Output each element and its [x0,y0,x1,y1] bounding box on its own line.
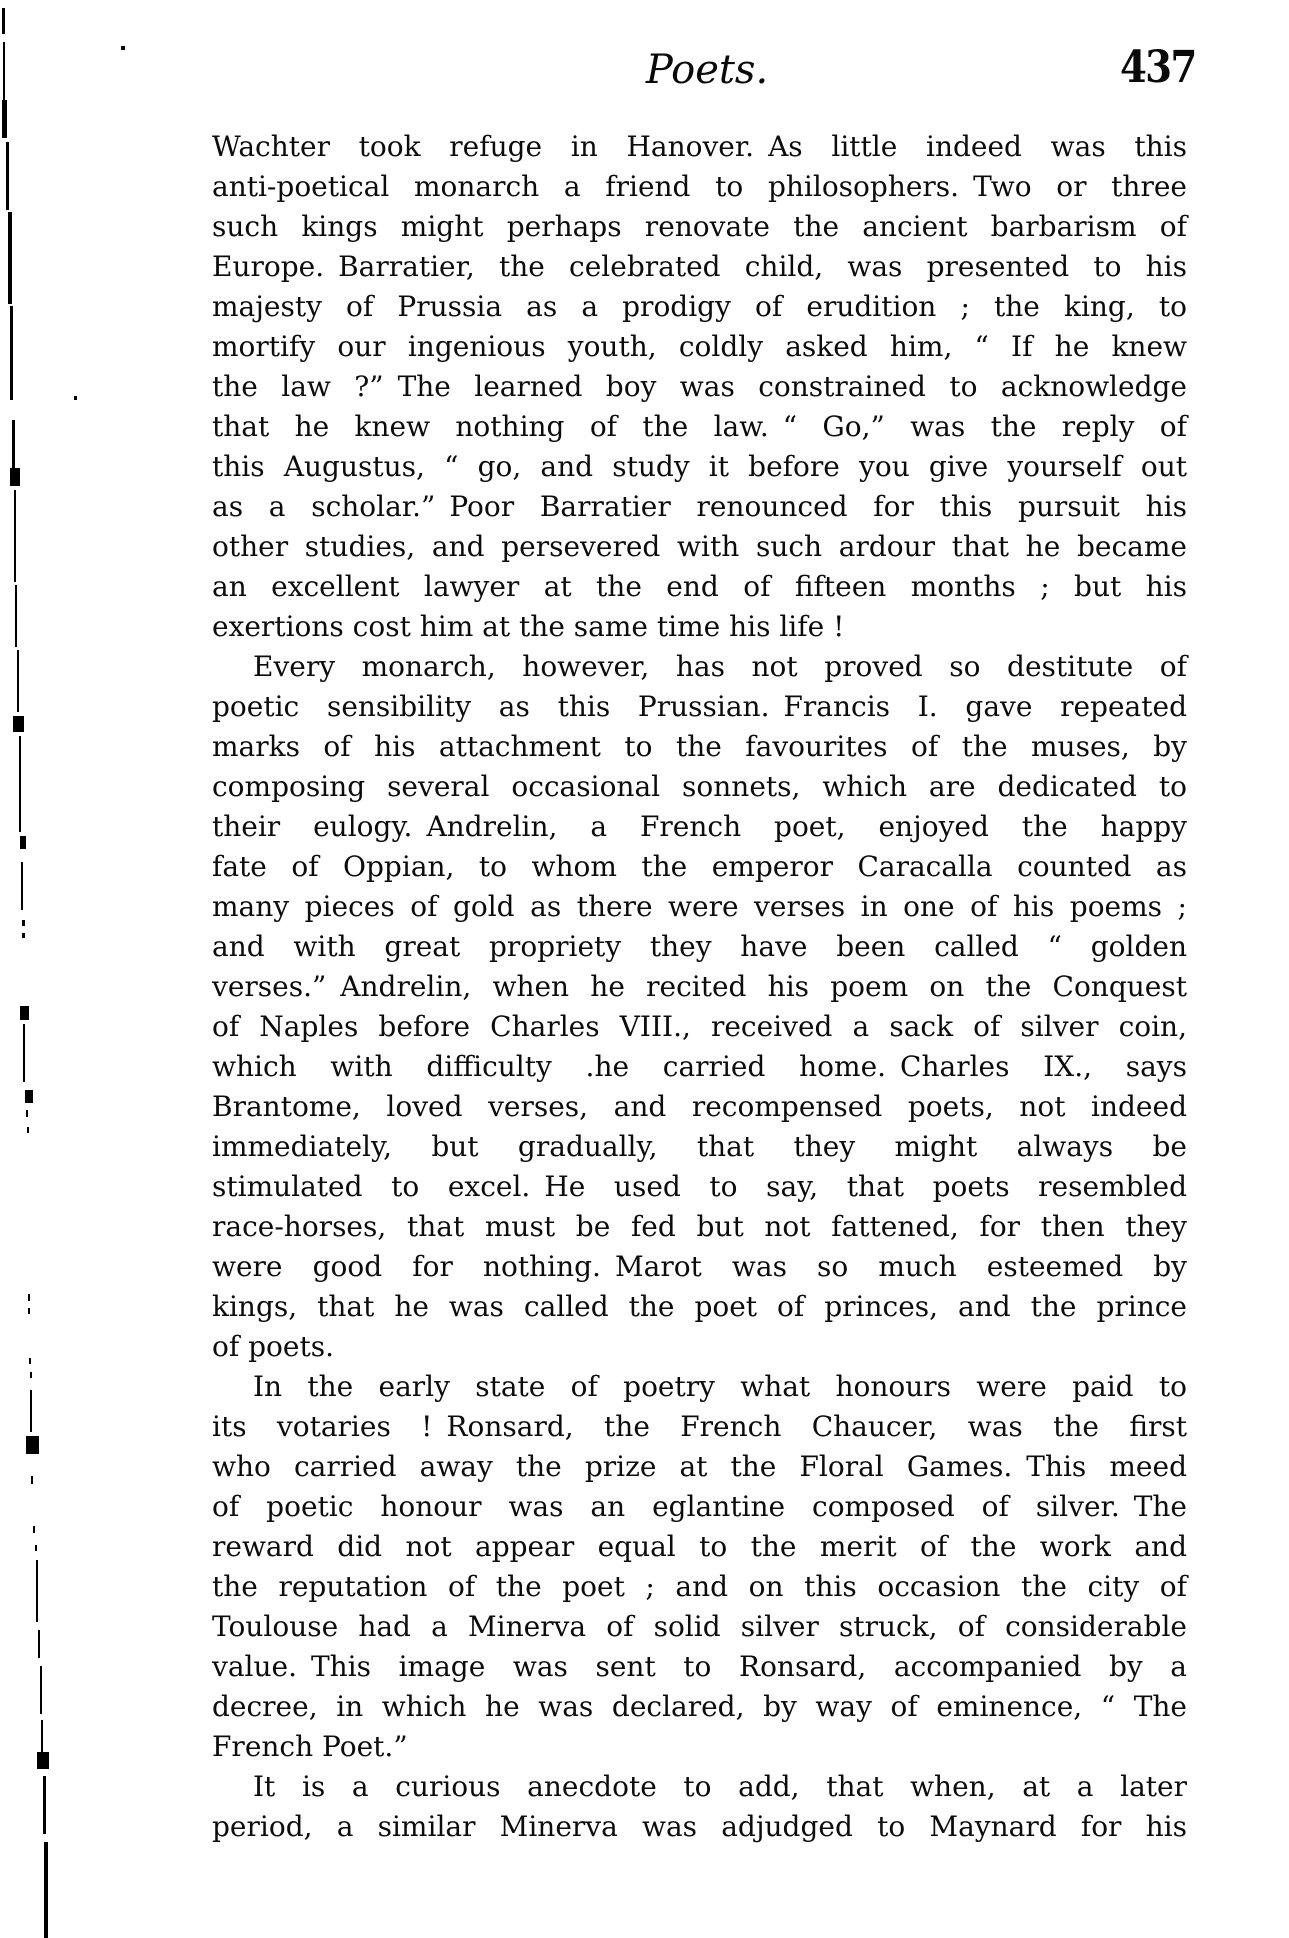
scan-artifact-mark [36,1560,38,1622]
scan-artifact-mark [28,1294,30,1301]
scan-artifact-mark [26,1110,28,1117]
scan-artifact-mark [28,1308,30,1314]
text-line: Europe. Barratier, the celebrated child,… [212,247,1187,287]
text-line: other studies, and persevered with such … [212,527,1187,567]
scan-artifact-mark [10,468,20,486]
scan-artifact-mark [10,306,13,400]
text-line: of Naples before Charles VIII., received… [212,1007,1187,1047]
text-line: Brantome, loved verses, and recompensed … [212,1087,1187,1127]
text-line: Every monarch, however, has not proved s… [212,647,1187,687]
scan-artifact-mark [2,8,5,34]
scan-artifact-mark [38,1630,40,1658]
text-line: the reputation of the poet ; and on this… [212,1567,1187,1607]
text-line: which with difficulty .he carried home. … [212,1047,1187,1087]
scan-artifact-mark [25,1090,33,1103]
text-line: their eulogy. Andrelin, a French poet, e… [212,807,1187,847]
scan-artifact-mark [43,1776,46,1834]
scan-artifact-mark [20,836,26,849]
scan-artifact-mark [27,1127,29,1133]
scan-artifact-mark [3,42,5,100]
scan-artifact-mark [30,1390,32,1432]
scan-artifact-mark [121,46,125,50]
text-line: many pieces of gold as there were verses… [212,887,1187,927]
text-line: such kings might perhaps renovate the an… [212,207,1187,247]
text-line: kings, that he was called the poet of pr… [212,1287,1187,1327]
text-line: Toulouse had a Minerva of solid silver s… [212,1607,1187,1647]
scan-artifact-mark [30,1372,32,1378]
text-line: It is a curious anecdote to add, that wh… [212,1767,1187,1807]
text-line: an excellent lawyer at the end of fiftee… [212,567,1187,607]
text-line: marks of his attachment to the favourite… [212,727,1187,767]
text-block: Wachter took refuge in Hanover. As littl… [212,127,1187,1847]
scan-artifact-mark [6,142,9,210]
text-line: majesty of Prussia as a prodigy of erudi… [212,287,1187,327]
text-line: its votaries ! Ronsard, the French Chauc… [212,1407,1187,1447]
text-line: decree, in which he was declared, by way… [212,1687,1187,1727]
text-line: and with great propriety they have been … [212,927,1187,967]
scan-artifact-mark [29,1358,31,1364]
text-line: race-horses, that must be fed but not fa… [212,1207,1187,1247]
text-line: period, a similar Minerva was adjudged t… [212,1807,1187,1847]
text-line: stimulated to excel. He used to say, tha… [212,1167,1187,1207]
running-head-title: Poets. [646,48,768,92]
scan-artifact-mark [22,920,25,926]
text-line: composing several occasional sonnets, wh… [212,767,1187,807]
scan-artifact-mark [15,585,17,647]
text-line: that he knew nothing of the law. “ Go,” … [212,407,1187,447]
text-line: reward did not appear equal to the merit… [212,1527,1187,1567]
scan-artifact-mark [21,862,23,910]
text-line: of poetic honour was an eglantine compos… [212,1487,1187,1527]
text-line: fate of Oppian, to whom the emperor Cara… [212,847,1187,887]
text-line: verses.” Andrelin, when he recited his p… [212,967,1187,1007]
text-line: this Augustus, “ go, and study it before… [212,447,1187,487]
scan-artifact-mark [20,1006,29,1020]
text-line: were good for nothing. Marot was so much… [212,1247,1187,1287]
scan-artifact-mark [17,650,19,712]
text-line: French Poet.” [212,1727,1187,1767]
scan-artifact-mark [19,736,21,832]
book-page: Poets. 437 Wachter took refuge in Hanove… [0,0,1289,1938]
text-line: In the early state of poetry what honour… [212,1367,1187,1407]
scan-artifact-mark [31,1476,33,1484]
scan-artifact-mark [14,490,16,582]
scan-artifact-mark [40,1666,42,1714]
text-line: value. This image was sent to Ronsard, a… [212,1647,1187,1687]
scan-artifact-mark [74,396,77,400]
text-line: immediately, but gradually, that they mi… [212,1127,1187,1167]
scan-artifact-mark [12,420,15,468]
scan-artifact-mark [35,1545,37,1551]
text-line: anti-poetical monarch a friend to philos… [212,167,1187,207]
text-line: mortify our ingenious youth, coldly aske… [212,327,1187,367]
scan-artifact-mark [23,1024,25,1082]
scan-artifact-mark [22,933,25,938]
text-line: exertions cost him at the same time his … [212,607,1187,647]
scan-artifact-mark [8,212,12,304]
text-line: poetic sensibility as this Prussian. Fra… [212,687,1187,727]
text-line: as a scholar.” Poor Barratier renounced … [212,487,1187,527]
scan-artifact-mark [37,1752,49,1769]
scan-artifact-mark [2,100,7,138]
scan-artifact-mark [33,1526,35,1533]
scan-artifact-mark [26,1436,39,1454]
text-line: of poets. [212,1327,1187,1367]
scan-artifact-mark [44,1842,48,1938]
page-number: 437 [1120,44,1196,92]
scan-artifact-mark [13,716,24,732]
text-line: the law ?” The learned boy was constrain… [212,367,1187,407]
text-line: who carried away the prize at the Floral… [212,1447,1187,1487]
text-line: Wachter took refuge in Hanover. As littl… [212,127,1187,167]
